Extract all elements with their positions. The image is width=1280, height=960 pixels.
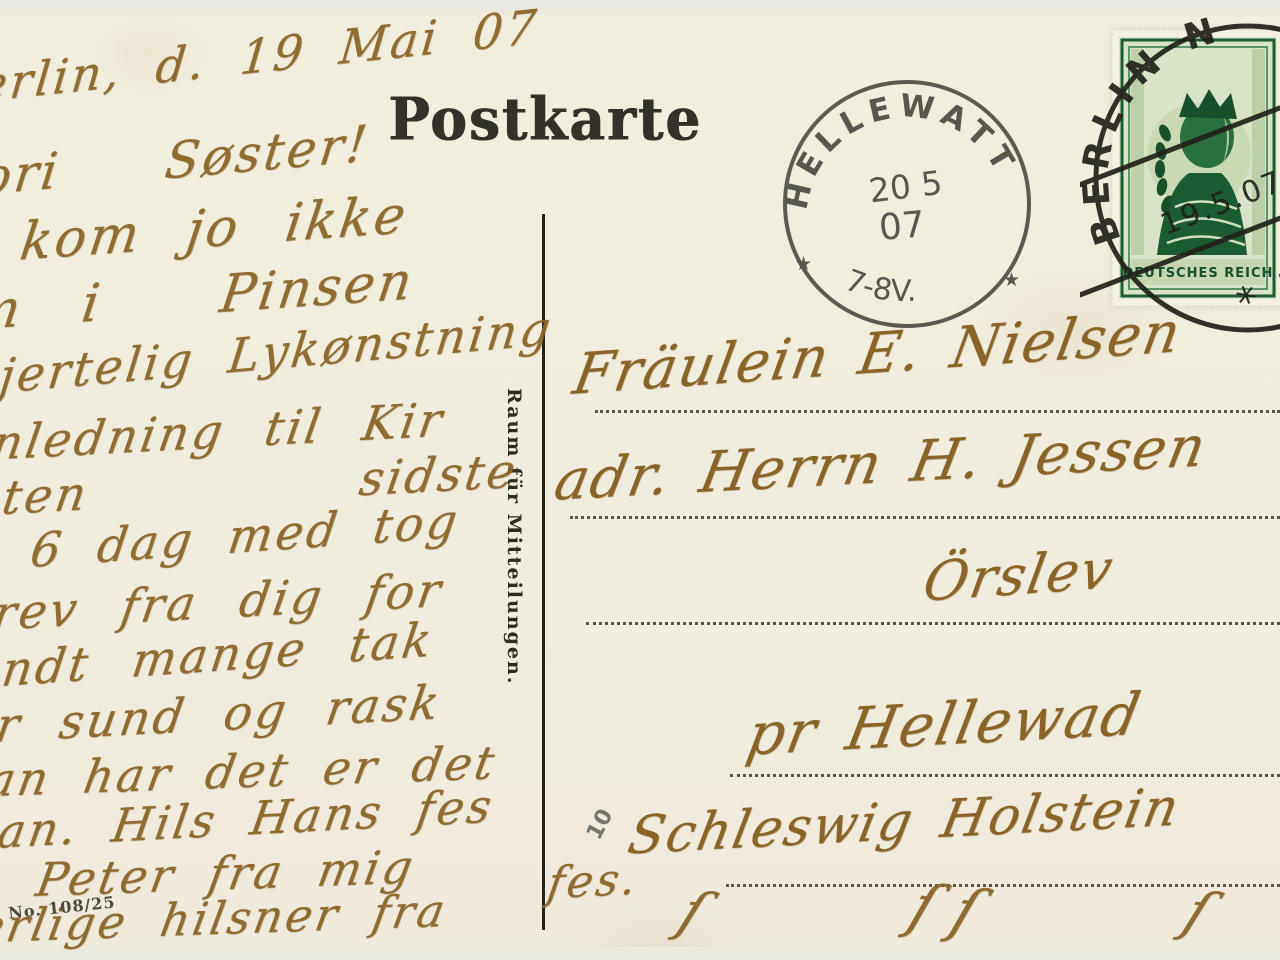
postmark-day-month: 20 5 (867, 163, 945, 211)
address-care-of: adr. Herrn H. Jessen (549, 414, 1212, 514)
address-rule (570, 516, 1280, 519)
svg-text:7-8V.: 7-8V. (840, 263, 917, 309)
berlin-postmark: BERLIN N 19.5.07 5-6 * 24 (1080, 12, 1280, 352)
postmark-star-right: ★ (1003, 269, 1020, 291)
address-rule (586, 622, 1280, 625)
postcard-scan: Postkarte Raum für Mitteilungen. Berlin,… (0, 0, 1280, 960)
postmark-star-left: ★ (795, 253, 812, 275)
postmark-district: * 24 (1231, 246, 1280, 328)
address-region: Schleswig Holstein (623, 777, 1185, 867)
address-rule (730, 774, 1280, 777)
address-rule (595, 410, 1280, 413)
address-post-office: pr Hellewad (742, 679, 1148, 768)
hellewatt-postmark: HELLEWATT 20 5 07 7-8V. ★ ★ (775, 72, 1040, 337)
pen-flourish: ſ (670, 880, 719, 945)
postmark-year: 07 (877, 204, 926, 249)
postmark-time: 7-8V. (840, 263, 917, 309)
scan-edge-bottom (0, 947, 1280, 960)
pen-flourish: ſ (1175, 880, 1224, 945)
address-place: Örslev (919, 537, 1119, 614)
pencil-mark: 10 (582, 805, 618, 844)
postcard-title: Postkarte (388, 83, 702, 153)
